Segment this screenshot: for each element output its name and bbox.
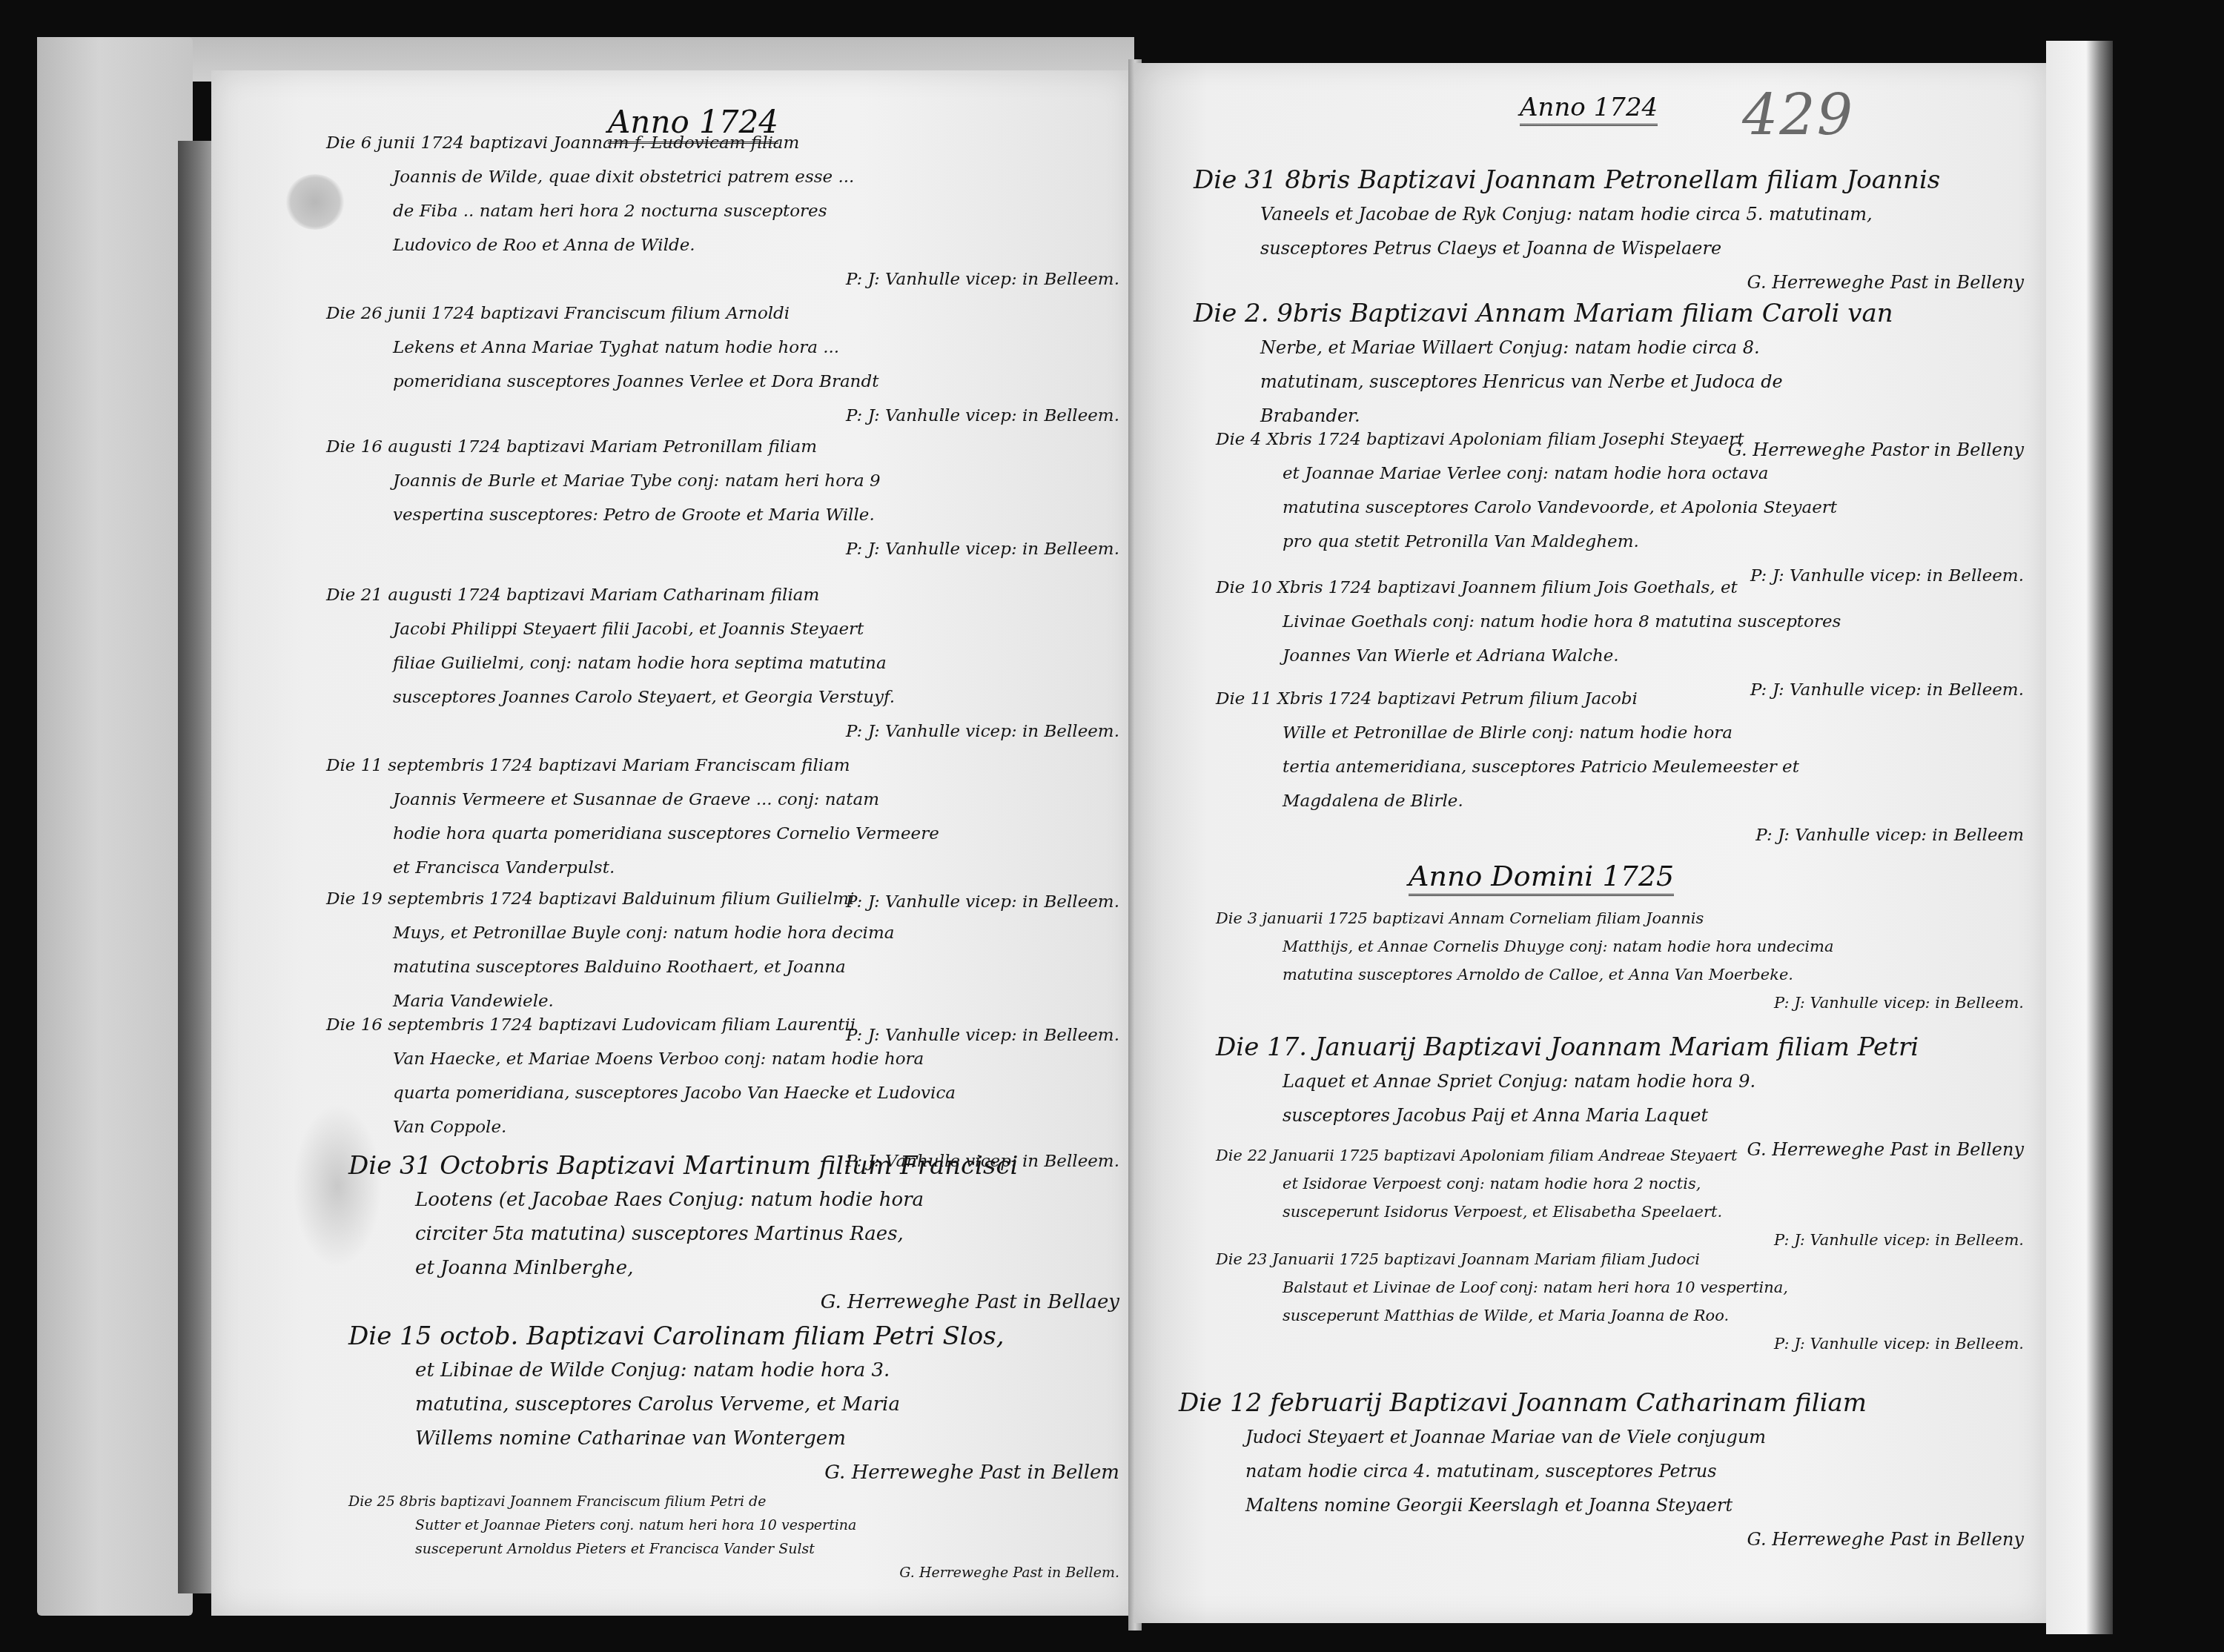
baptism-entry: Die 26 junii 1724 baptizavi Franciscum f… — [326, 296, 1127, 433]
entry-line: Die 17. Januarij Baptizavi Joannam Maria… — [1216, 1030, 2031, 1064]
baptism-entry: Die 31 Octobris Baptizavi Martinum filiu… — [348, 1149, 1127, 1319]
entry-line: matutina susceptores Carolo Vandevoorde,… — [1216, 491, 2031, 525]
vicar-signature: P: J: Vanhulle vicep: in Belleem. — [326, 532, 1127, 566]
entry-line: susceptores Petrus Claeys et Joanna de W… — [1194, 231, 2031, 265]
page-edge-stack — [2046, 41, 2113, 1634]
baptism-entry: Die 22 Januarii 1725 baptizavi Apoloniam… — [1216, 1141, 2031, 1254]
entry-line: pro qua stetit Petronilla Van Maldeghem. — [1216, 525, 2031, 559]
entry-line: Muys, et Petronillae Buyle conj: natum h… — [326, 916, 1127, 950]
folio-number: 429 — [1742, 82, 1854, 147]
baptism-entry: Die 31 8bris Baptizavi Joannam Petronell… — [1194, 163, 2031, 299]
entry-line: Die 10 Xbris 1724 baptizavi Joannem fili… — [1216, 571, 2031, 605]
entry-line: Die 6 junii 1724 baptizavi Joannam f. Lu… — [326, 126, 1127, 160]
entry-line: quarta pomeridiana, susceptores Jacobo V… — [326, 1076, 1127, 1110]
entry-line: Wille et Petronillae de Blirle conj: nat… — [1216, 716, 2031, 750]
pastor-signature: G. Herreweghe Past in Bellem — [348, 1456, 1127, 1490]
entry-line: et Francisca Vanderpulst. — [326, 851, 1127, 885]
entry-line: Lootens (et Jacobae Raes Conjug: natum h… — [348, 1183, 1127, 1217]
vicar-signature: P: J: Vanhulle vicep: in Belleem. — [326, 714, 1127, 749]
pastor-signature: G. Herreweghe Past in Belleny — [1194, 265, 2031, 299]
entry-line: Die 11 Xbris 1724 baptizavi Petrum filiu… — [1216, 682, 2031, 716]
entry-line: Matthijs, et Annae Cornelis Dhuyge conj:… — [1216, 932, 2031, 961]
entry-line: tertia antemeridiana, susceptores Patric… — [1216, 750, 2031, 784]
baptism-entry: Die 11 Xbris 1724 baptizavi Petrum filiu… — [1216, 682, 2031, 852]
entry-line: Die 11 septembris 1724 baptizavi Mariam … — [326, 749, 1127, 783]
baptism-entry: Die 12 februarij Baptizavi Joannam Catha… — [1179, 1386, 2031, 1556]
entry-line: matutinam, susceptores Henricus van Nerb… — [1194, 365, 2031, 399]
entry-line: Balstaut et Livinae de Loof conj: natam … — [1216, 1273, 2031, 1301]
cover-gutter-shadow — [178, 141, 211, 1593]
entry-line: matutina susceptores Arnoldo de Calloe, … — [1216, 961, 2031, 989]
entry-line: susceperunt Matthias de Wilde, et Maria … — [1216, 1301, 2031, 1330]
pastor-signature: G. Herreweghe Past in Bellem. — [348, 1561, 1127, 1585]
entry-line: Die 4 Xbris 1724 baptizavi Apoloniam fil… — [1216, 422, 2031, 457]
entry-line: Magdalena de Blirle. — [1216, 784, 2031, 818]
right-page-heading: Anno 1724 — [1520, 93, 1658, 126]
entry-line: Die 19 septembris 1724 baptizavi Balduin… — [326, 882, 1127, 916]
entry-line: Joannes Van Wierle et Adriana Walche. — [1216, 639, 2031, 673]
entry-line: Judoci Steyaert et Joannae Mariae van de… — [1179, 1420, 2031, 1454]
entry-line: et Joannae Mariae Verlee conj: natam hod… — [1216, 457, 2031, 491]
entry-line: susceptores Joannes Carolo Steyaert, et … — [326, 680, 1127, 714]
entry-line: Van Coppole. — [326, 1110, 1127, 1144]
entry-line: natam hodie circa 4. matutinam, suscepto… — [1179, 1454, 2031, 1488]
vicar-signature: P: J: Vanhulle vicep: in Belleem. — [1216, 989, 2031, 1017]
entry-line: Joannis Vermeere et Susannae de Graeve .… — [326, 783, 1127, 817]
entry-line: pomeridiana susceptores Joannes Verlee e… — [326, 365, 1127, 399]
baptism-entry: Die 6 junii 1724 baptizavi Joannam f. Lu… — [326, 126, 1127, 296]
entry-line: Die 2. 9bris Baptizavi Annam Mariam fili… — [1194, 296, 2031, 331]
entry-line: Die 16 augusti 1724 baptizavi Mariam Pet… — [326, 430, 1127, 464]
entry-line: Livinae Goethals conj: natum hodie hora … — [1216, 605, 2031, 639]
entry-line: Sutter et Joannae Pieters conj. natum he… — [348, 1513, 1127, 1537]
entry-line: et Libinae de Wilde Conjug: natam hodie … — [348, 1353, 1127, 1387]
pastor-signature: G. Herreweghe Past in Bellaey — [348, 1285, 1127, 1319]
entry-line: et Isidorae Verpoest conj: natam hodie h… — [1216, 1170, 2031, 1198]
entry-line: circiter 5ta matutina) susceptores Marti… — [348, 1217, 1127, 1251]
baptism-entry: Die 4 Xbris 1724 baptizavi Apoloniam fil… — [1216, 422, 2031, 593]
baptism-entry: Die 16 augusti 1724 baptizavi Mariam Pet… — [326, 430, 1127, 566]
entry-line: susceptores Jacobus Paij et Anna Maria L… — [1216, 1098, 2031, 1132]
baptism-entry: Die 23 Januarii 1725 baptizavi Joannam M… — [1216, 1245, 2031, 1358]
pastor-signature: G. Herreweghe Past in Belleny — [1179, 1522, 2031, 1556]
entry-line: Van Haecke, et Mariae Moens Verboo conj:… — [326, 1042, 1127, 1076]
entry-line: Lekens et Anna Mariae Tyghat natum hodie… — [326, 331, 1127, 365]
entry-line: Vaneels et Jacobae de Ryk Conjug: natam … — [1194, 197, 2031, 231]
entry-line: Die 12 februarij Baptizavi Joannam Catha… — [1179, 1386, 2031, 1420]
vicar-signature: P: J: Vanhulle vicep: in Belleem. — [1216, 1330, 2031, 1358]
entry-line: de Fiba .. natam heri hora 2 nocturna su… — [326, 194, 1127, 228]
entry-line: Die 16 septembris 1724 baptizavi Ludovic… — [326, 1008, 1127, 1042]
entry-line: Joannis de Wilde, quae dixit obstetrici … — [326, 160, 1127, 194]
entry-line: Willems nomine Catharinae van Wontergem — [348, 1422, 1127, 1456]
entry-line: Ludovico de Roo et Anna de Wilde. — [326, 228, 1127, 262]
entry-line: matutina susceptores Balduino Roothaert,… — [326, 950, 1127, 984]
vicar-signature: P: J: Vanhulle vicep: in Belleem. — [326, 262, 1127, 296]
entry-line: Laquet et Annae Spriet Conjug: natam hod… — [1216, 1064, 2031, 1098]
entry-line: Die 22 Januarii 1725 baptizavi Apoloniam… — [1216, 1141, 2031, 1170]
baptism-entry: Die 3 januarii 1725 baptizavi Annam Corn… — [1216, 904, 2031, 1017]
entry-line: Die 23 Januarii 1725 baptizavi Joannam M… — [1216, 1245, 2031, 1273]
entry-line: Die 3 januarii 1725 baptizavi Annam Corn… — [1216, 904, 2031, 932]
register-cover-flap — [37, 37, 193, 1616]
year-heading-1725: Anno Domini 1725 — [1409, 860, 1674, 896]
entry-line: Joannis de Burle et Mariae Tybe conj: na… — [326, 464, 1127, 498]
entry-line: filiae Guilielmi, conj: natam hodie hora… — [326, 646, 1127, 680]
entry-line: Die 31 8bris Baptizavi Joannam Petronell… — [1194, 163, 2031, 197]
baptism-entry: Die 21 augusti 1724 baptizavi Mariam Cat… — [326, 578, 1127, 749]
entry-line: Die 31 Octobris Baptizavi Martinum filiu… — [348, 1149, 1127, 1183]
entry-line: Jacobi Philippi Steyaert filii Jacobi, e… — [326, 612, 1127, 646]
vicar-signature: P: J: Vanhulle vicep: in Belleem. — [326, 399, 1127, 433]
entry-line: et Joanna Minlberghe, — [348, 1251, 1127, 1285]
entry-line: Die 25 8bris baptizavi Joannem Franciscu… — [348, 1490, 1127, 1513]
vicar-signature: P: J: Vanhulle vicep: in Belleem — [1216, 818, 2031, 852]
entry-line: Die 21 augusti 1724 baptizavi Mariam Cat… — [326, 578, 1127, 612]
baptism-entry: Die 15 octob. Baptizavi Carolinam filiam… — [348, 1319, 1127, 1490]
baptism-entry: Die 25 8bris baptizavi Joannem Franciscu… — [348, 1490, 1127, 1585]
entry-line: matutina, susceptores Carolus Verveme, e… — [348, 1387, 1127, 1422]
entry-line: vespertina susceptores: Petro de Groote … — [326, 498, 1127, 532]
entry-line: Nerbe, et Mariae Willaert Conjug: natam … — [1194, 331, 2031, 365]
entry-line: Die 26 junii 1724 baptizavi Franciscum f… — [326, 296, 1127, 331]
entry-line: susceperunt Arnoldus Pieters et Francisc… — [348, 1537, 1127, 1561]
entry-line: Maltens nomine Georgii Keerslagh et Joan… — [1179, 1488, 2031, 1522]
entry-line: susceperunt Isidorus Verpoest, et Elisab… — [1216, 1198, 2031, 1226]
entry-line: Die 15 octob. Baptizavi Carolinam filiam… — [348, 1319, 1127, 1353]
entry-line: hodie hora quarta pomeridiana susceptore… — [326, 817, 1127, 851]
